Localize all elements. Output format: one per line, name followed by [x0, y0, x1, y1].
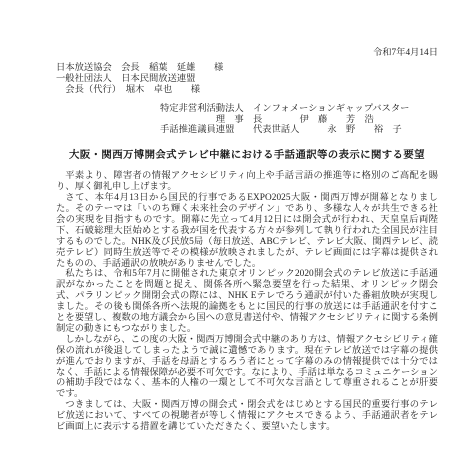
sender-block: 特定非営利活動法人 インフォメーションギャップバスター 理 事 長 伊 藤 芳 … [160, 104, 438, 137]
body-paragraph-request: つきましては、大阪・関西万博の開会式・閉会式をはじめとする国民的重要行事のテレビ… [56, 400, 438, 433]
body-paragraph-greeting: 平素より、障害者の情報アクセシビリティ向上や手話言語の推進等に格別のご高配を賜り… [56, 171, 438, 193]
document-date: 令和7年4月14日 [56, 48, 438, 59]
body-paragraph-concern: しかしながら、この度の大阪・関西万博開会式中継のあり方は、情報アクセシビリティ確… [56, 335, 438, 400]
recipient-line-minpo-president: 会長（代行） 堀木 卓也 様 [56, 85, 438, 96]
recipient-line-nhk: 日本放送協会 会長 稲葉 延雄 様 [56, 63, 438, 74]
document-title: 大阪・関西万博開会式テレビ中継における手話通訳等の表示に関する要望 [56, 151, 438, 162]
sender-chairman-line: 理 事 長 伊 藤 芳 浩 [160, 115, 438, 126]
document-body: 平素より、障害者の情報アクセシビリティ向上や手話言語の推進等に格別のご高配を賜り… [56, 171, 438, 433]
sender-org-line: 特定非営利活動法人 インフォメーションギャップバスター [160, 104, 438, 115]
body-paragraph-olympics-precedent: 私たちは、令和5年7月に開催された東京オリンピック2020開会式のテレビ放送に手… [56, 269, 438, 334]
recipient-block: 日本放送協会 会長 稲葉 延雄 様 一般社団法人 日本民間放送連盟 会長（代行）… [56, 63, 438, 96]
document-page: 令和7年4月14日 日本放送協会 会長 稲葉 延雄 様 一般社団法人 日本民間放… [0, 0, 452, 452]
sender-league-line: 手話推進議員連盟 代表世話人 永 野 裕 子 [160, 125, 438, 136]
recipient-line-minpo-org: 一般社団法人 日本民間放送連盟 [56, 74, 438, 85]
body-paragraph-expo-opening: さて、本年4月13日から国民的行事であるEXPO2025大阪・関西万博が開幕とな… [56, 193, 438, 269]
